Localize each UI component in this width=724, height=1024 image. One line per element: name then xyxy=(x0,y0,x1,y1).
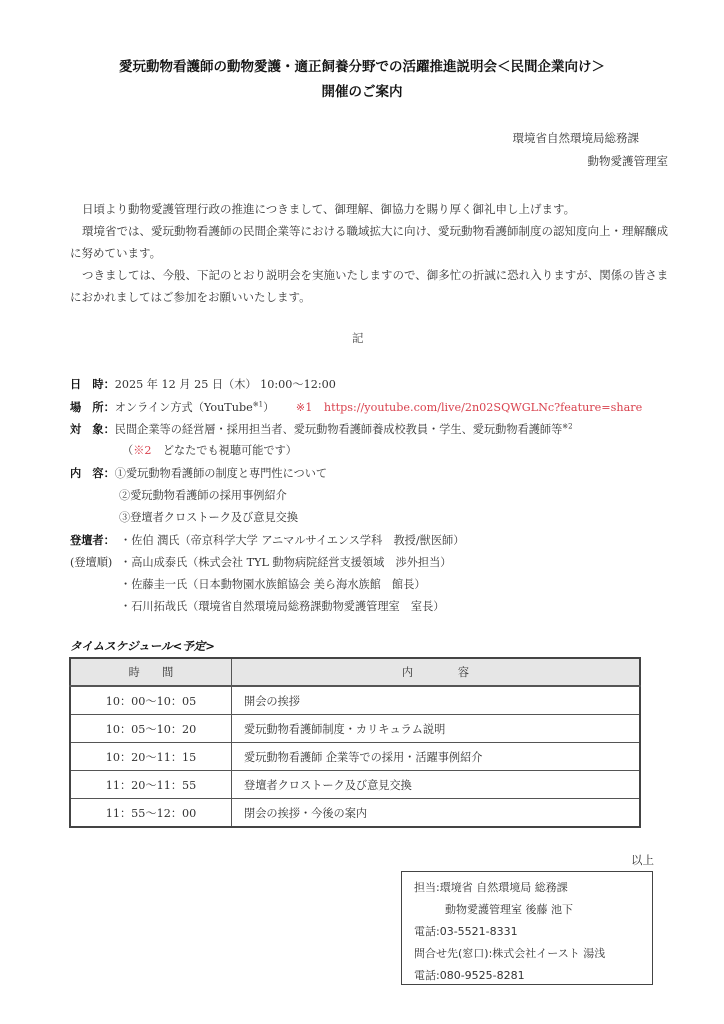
target-label: 対 象： xyxy=(70,421,115,437)
schedule-content: 愛玩動物看護師制度・カリキュラム説明 xyxy=(232,715,641,743)
contact-office: 動物愛護管理室 後藤 池下 xyxy=(445,901,573,917)
schedule-time: 11：55～12：00 xyxy=(70,799,232,828)
schedule-header-content: 内 容 xyxy=(232,658,641,686)
table-row: 10：05～10：20 愛玩動物看護師制度・カリキュラム説明 xyxy=(70,715,640,743)
intro-paragraph-3: つきましては、今般、下記のとおり説明会を実施いたしますので、御多忙の折誠に恐れ入… xyxy=(70,264,670,308)
schedule-time: 10：00～10：05 xyxy=(70,686,232,715)
inquiry-contact: 問合せ先(窓口):株式会社イースト 湯浅 xyxy=(414,945,605,961)
table-row: 11：55～12：00 閉会の挨拶・今後の案内 xyxy=(70,799,640,828)
intro-paragraphs: 日頃より動物愛護管理行政の推進につきまして、御理解、御協力を賜り厚く御礼申し上げ… xyxy=(70,198,670,308)
speaker-1: ・佐伯 潤氏（帝京科学大学 アニマルサイエンス学科 教授/獣医師） xyxy=(120,534,464,547)
datetime-label: 日 時： xyxy=(70,376,115,392)
speaker-4-row: ・石川拓哉氏（環境省自然環境局総務課動物愛護管理室 室長） xyxy=(120,598,444,614)
youtube-link[interactable]: https://youtube.com/live/2n02SQWGLNc?fea… xyxy=(324,401,642,414)
place-label: 場 所： xyxy=(70,399,115,415)
content-label: 内 容： xyxy=(70,465,115,481)
place-value-end: ） xyxy=(263,401,274,414)
schedule-content: 閉会の挨拶・今後の案内 xyxy=(232,799,641,828)
place-value: オンライン方式（YouTube xyxy=(115,401,253,414)
detail-datetime: 日 時：2025 年 12 月 25 日（木） 10:00～12:00 xyxy=(70,376,336,392)
issuer-office: 動物愛護管理室 xyxy=(588,153,669,169)
schedule-time: 10：20～11：15 xyxy=(70,743,232,771)
contact-phone: 電話:03-5521-8331 xyxy=(414,923,518,939)
issuer-org: 環境省自然環境局総務課 xyxy=(513,130,640,146)
intro-paragraph-1: 日頃より動物愛護管理行政の推進につきまして、御理解、御協力を賜り厚く御礼申し上げ… xyxy=(70,198,670,220)
speaker-2: ・高山成泰氏（株式会社 TYL 動物病院経営支援領域 渉外担当） xyxy=(120,556,451,569)
closing-text: 以上 xyxy=(631,852,654,868)
ki-heading: 記 xyxy=(352,330,364,346)
schedule-header-time: 時 間 xyxy=(70,658,232,686)
datetime-value: 2025 年 12 月 25 日（木） 10:00～12:00 xyxy=(115,378,336,391)
target-note: （※2 どなたでも視聴可能です） xyxy=(122,442,297,458)
speaker-3-row: ・佐藤圭一氏（日本動物園水族館協会 美ら海水族館 館長） xyxy=(120,576,426,592)
place-note-mark: ※1 xyxy=(296,401,313,414)
document-title-line1: 愛玩動物看護師の動物愛護・適正飼養分野での活躍推進説明会＜民間企業向け＞ xyxy=(0,55,724,75)
table-row: 10：20～11：15 愛玩動物看護師 企業等での採用・活躍事例紹介 xyxy=(70,743,640,771)
speakers-order-label: (登壇順) xyxy=(70,554,120,570)
content-item-3-row: ③登壇者クロストーク及び意見交換 xyxy=(119,509,298,525)
schedule-content: 愛玩動物看護師 企業等での採用・活躍事例紹介 xyxy=(232,743,641,771)
detail-place: 場 所：オンライン方式（YouTube※1） ※1 https://youtub… xyxy=(70,399,642,415)
speakers-label: 登壇者： xyxy=(70,532,120,548)
table-row: 11：20～11：55 登壇者クロストーク及び意見交換 xyxy=(70,771,640,799)
detail-speakers: 登壇者：・佐伯 潤氏（帝京科学大学 アニマルサイエンス学科 教授/獣医師） xyxy=(70,532,464,548)
schedule-content: 登壇者クロストーク及び意見交換 xyxy=(232,771,641,799)
place-footnote-ref: ※1 xyxy=(253,400,263,408)
schedule-title: タイムスケジュール<予定> xyxy=(70,638,215,654)
table-row: 10：00～10：05 開会の挨拶 xyxy=(70,686,640,715)
target-note-mark: ※2 xyxy=(133,444,151,457)
speakers-order-row: (登壇順)・高山成泰氏（株式会社 TYL 動物病院経営支援領域 渉外担当） xyxy=(70,554,451,570)
schedule-table: 時 間 内 容 10：00～10：05 開会の挨拶 10：05～10：20 愛玩… xyxy=(69,657,641,828)
target-value: 民間企業等の経営層・採用担当者、愛玩動物看護師養成校教員・学生、愛玩動物看護師等 xyxy=(115,423,563,436)
content-item-2-row: ②愛玩動物看護師の採用事例紹介 xyxy=(119,487,287,503)
target-note-text: どなたでも視聴可能です） xyxy=(152,444,297,457)
schedule-content: 開会の挨拶 xyxy=(232,686,641,715)
detail-content: 内 容：①愛玩動物看護師の制度と専門性について xyxy=(70,465,327,481)
intro-paragraph-2: 環境省では、愛玩動物看護師の民間企業等における職域拡大に向け、愛玩動物看護師制度… xyxy=(70,220,670,264)
schedule-time: 11：20～11：55 xyxy=(70,771,232,799)
contact-box: 担当:環境省 自然環境局 総務課 動物愛護管理室 後藤 池下 電話:03-552… xyxy=(401,871,653,985)
document-title-line2: 開催のご案内 xyxy=(0,80,724,100)
content-item-1: ①愛玩動物看護師の制度と専門性について xyxy=(115,467,327,480)
target-footnote-ref: ※2 xyxy=(562,422,572,430)
detail-target: 対 象：民間企業等の経営層・採用担当者、愛玩動物看護師養成校教員・学生、愛玩動物… xyxy=(70,421,573,437)
contact-person: 担当:環境省 自然環境局 総務課 xyxy=(414,879,568,895)
target-note-open: （ xyxy=(122,444,133,457)
schedule-time: 10：05～10：20 xyxy=(70,715,232,743)
schedule-header-row: 時 間 内 容 xyxy=(70,658,640,686)
inquiry-phone: 電話:080-9525-8281 xyxy=(414,967,525,983)
